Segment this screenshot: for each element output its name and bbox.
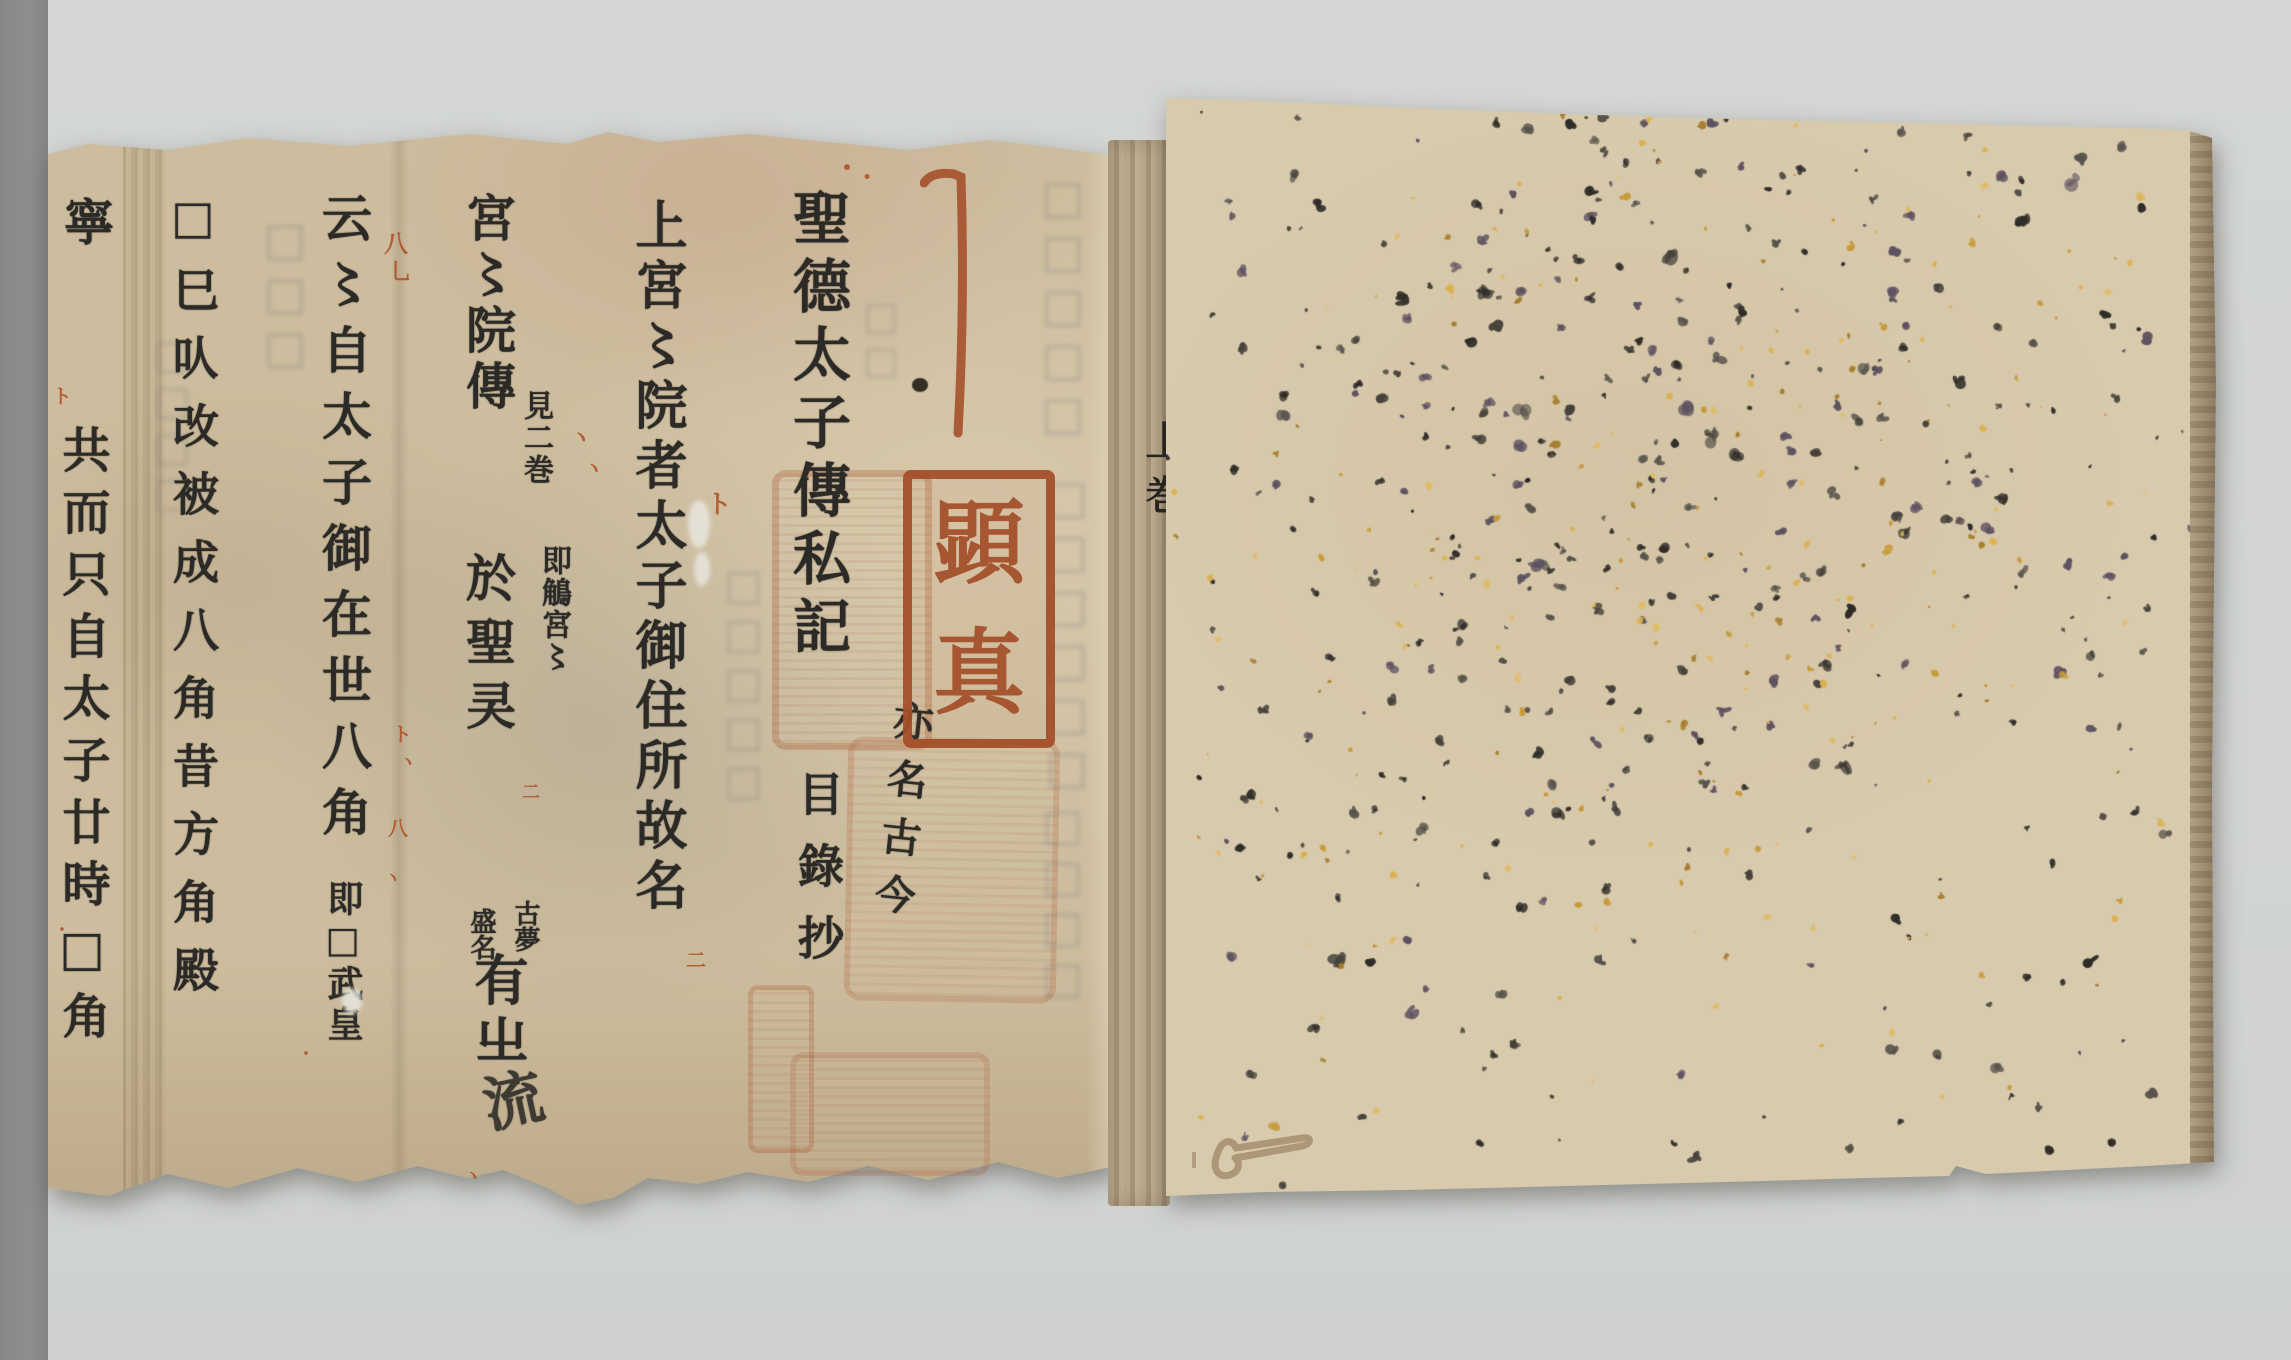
bleedthrough-text: □□□ [262,212,308,374]
text-column: 云〻自太子御在世八角 [318,192,368,852]
kunten-mark: 二 [522,784,540,802]
paper-repair-patch [342,988,362,1014]
right-page-wrap [1166,84,2216,1234]
fore-edge [2190,124,2216,1178]
text-column: 共而只自太子廿時□角 [58,425,106,1053]
kunten-mark: ト [392,724,412,744]
kunten-mark: ヽ [399,754,417,772]
paper-repair-patch [688,500,710,548]
bleedthrough-text: □□ [862,294,900,382]
seal-char-bottom: 真 [933,628,1025,720]
right-page [1166,84,2216,1234]
kunten-mark: 八 [388,818,408,838]
kunten-mark: ヽ [384,870,402,888]
wormhole [912,378,928,392]
interlinear-note: 見二巻 [520,390,550,486]
seal-char-top: 顕 [933,498,1025,590]
kenshin-seal: 顕 真 [903,470,1055,748]
faded-seal [748,985,814,1153]
paper-crease [390,126,408,1211]
stain-mark [1202,1118,1322,1190]
title-column: 聖德太子傳私記 [788,188,846,664]
paper-repair-patch [694,552,710,586]
bleedthrough-text: □□□□□ [1040,170,1086,440]
kunten-mark: ト [706,492,732,518]
text-column: 有㞢 [470,952,524,1072]
kunten-mark: ・ [856,168,878,190]
title-alt-name2: 目錄抄 [795,770,841,986]
scan-edge-strip [0,0,48,1360]
bleedthrough-text: □□□□□ [722,560,764,805]
kunten-mark: ヽ [464,1168,482,1186]
interlinear-note: 古夢 [512,900,538,952]
binding-gutter [1108,140,1170,1206]
manuscript-photo: □□□□□ □□□□□□ □□□□ □□□□□ □□□ □□□□ □□ 聖德太子… [0,0,2291,1360]
interlinear-note: 即鵤宮〻 [538,545,568,673]
kunten-mark: ヽ [584,458,604,478]
kunten-mark: ・ [298,1046,314,1062]
red-bracket-mark [920,165,972,445]
kunten-mark: ・ [54,922,70,938]
faded-seal [790,1052,990,1176]
interlinear-note: 即□武皇 [324,880,360,1045]
text-column: 上宮〻院者太子御住所故名𪫧 [630,198,682,978]
text-column: 宮〻院傳 [462,192,512,416]
kunten-mark: ヽ [570,428,592,450]
kunten-mark: 八 [384,232,408,256]
text-column: 於聖㚑 [462,552,512,744]
kunten-mark: 乚 [390,262,412,284]
kunten-mark: 二 [686,950,706,970]
speckle-canvas [1166,84,2216,1234]
text-column: 寧 [60,196,110,246]
stain-tick [1192,1152,1196,1168]
kunten-mark: ト [52,386,72,406]
text-column: □巳㕥改被成八角昔方角殿 [170,190,216,1014]
text-column-flourish: 流 [472,1064,543,1135]
fold-seam [123,126,165,1211]
